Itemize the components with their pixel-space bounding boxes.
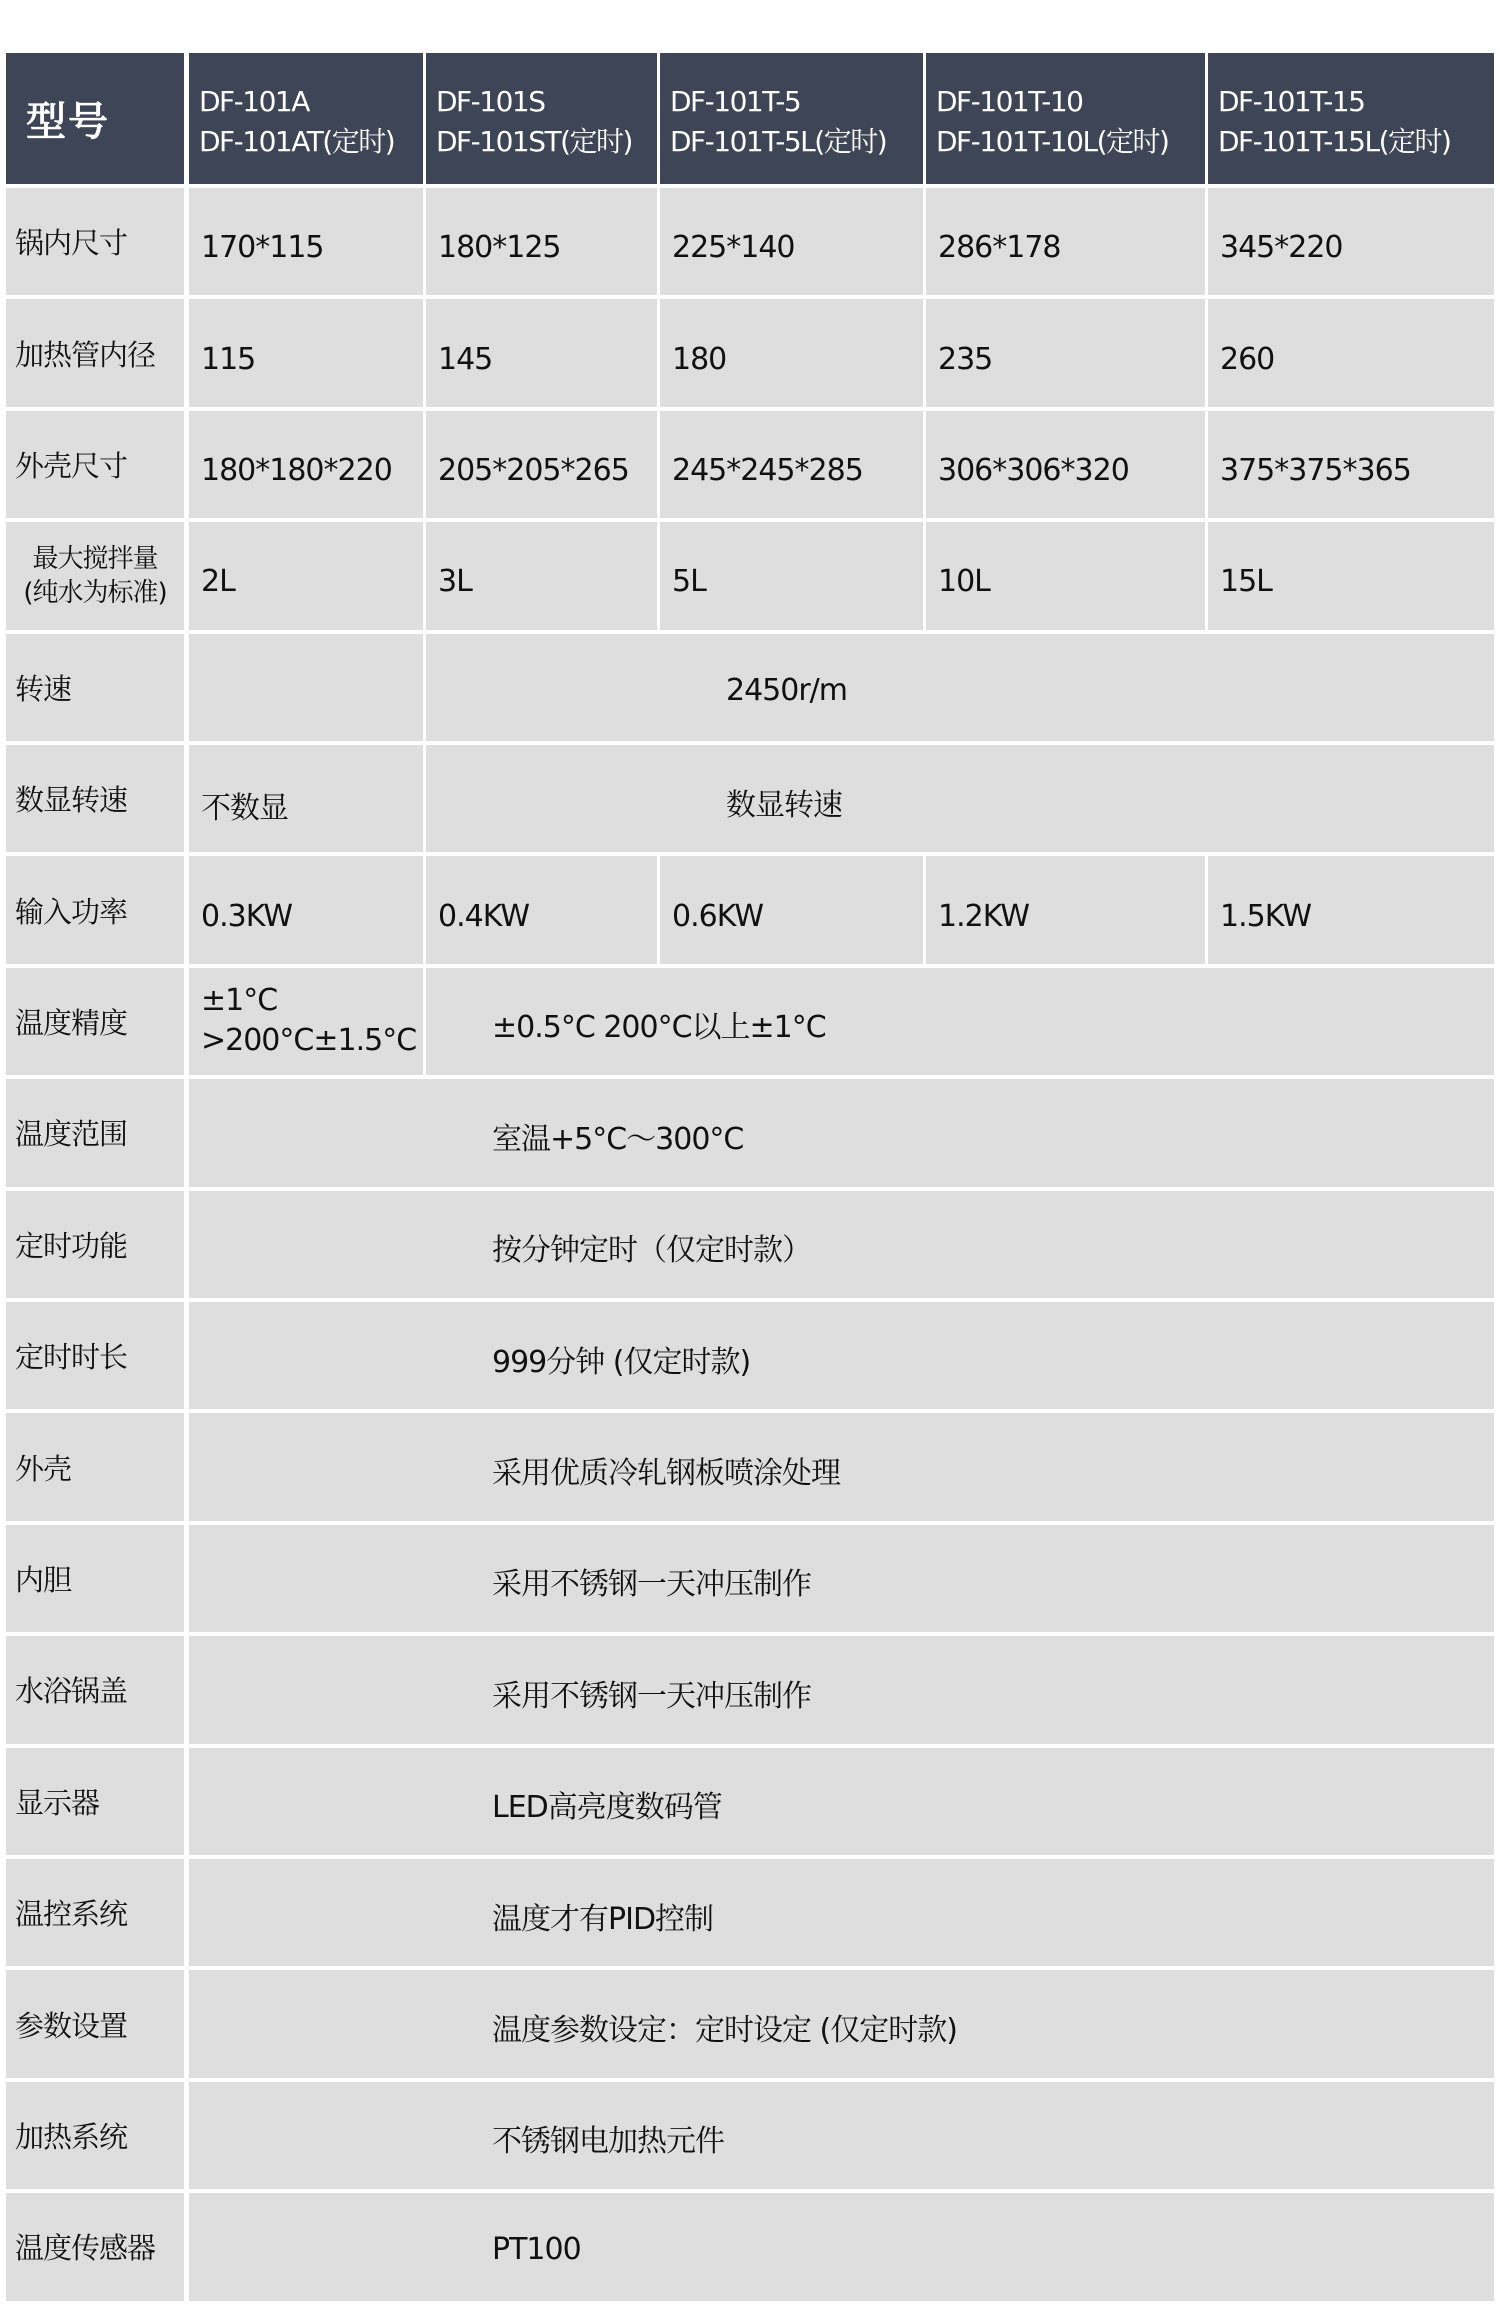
cell-value: 10L [938, 564, 990, 599]
merged-value: 不锈钢电加热元件 [492, 2116, 724, 2160]
model-name-timer: DF-101T-15L(定时) [1218, 122, 1450, 162]
cell-value: 115 [201, 342, 255, 377]
value-cell: 145 [426, 299, 657, 406]
model-name: DF-101A [199, 82, 394, 122]
merged-value: 按分钟定时（仅定时款） [492, 1225, 811, 1269]
merged-value-cell: 采用优质冷轧钢板喷涂处理 [189, 1413, 1494, 1520]
value-cell: 15L [1208, 522, 1494, 629]
row-label: 外壳尺寸 [15, 444, 127, 485]
merged-value-cell: 2450r/m [426, 634, 1494, 741]
cell-value: 0.4KW [438, 899, 529, 934]
row-label-cell: 转速 [6, 634, 184, 741]
row-label: 最大搅拌量(纯水为标准) [23, 542, 166, 610]
row-label-cell: 定时功能 [6, 1191, 184, 1298]
row-label-line1: 最大搅拌量 [23, 542, 166, 576]
cell-value: 345*220 [1220, 230, 1343, 265]
merged-value: 采用不锈钢一天冲压制作 [492, 1559, 811, 1603]
merged-value-cell: 999分钟 (仅定时款) [189, 1302, 1494, 1409]
value-cell: 306*306*320 [926, 411, 1205, 518]
value-cell: 3L [426, 522, 657, 629]
row-label: 温控系统 [15, 1892, 127, 1933]
cell-value: 180*125 [438, 230, 561, 265]
merged-value-cell: 按分钟定时（仅定时款） [189, 1191, 1494, 1298]
value-cell: 180*180*220 [189, 411, 423, 518]
value-cell: 2L [189, 522, 423, 629]
value-cell: 345*220 [1208, 188, 1494, 295]
row-label-cell: 温度范围 [6, 1079, 184, 1186]
merged-value-cell: 采用不锈钢一天冲压制作 [189, 1636, 1494, 1743]
merged-value: PT100 [492, 2232, 581, 2267]
header-title: 型号 [6, 90, 110, 147]
model-names: DF-101SDF-101ST(定时) [426, 76, 632, 162]
cell-value: 205*205*265 [438, 453, 629, 488]
merged-value-cell: ±0.5°C 200°C以上±1°C [426, 968, 1494, 1075]
value-cell: 0.4KW [426, 856, 657, 963]
model-name-timer: DF-101T-5L(定时) [670, 122, 886, 162]
row-label-line2: (纯水为标准) [23, 576, 166, 610]
value-cell: 260 [1208, 299, 1494, 406]
row-label: 参数设置 [15, 2004, 127, 2045]
model-name: DF-101S [436, 82, 632, 122]
value-cell: 170*115 [189, 188, 423, 295]
row-label-cell: 参数设置 [6, 1970, 184, 2077]
value-cell: 0.6KW [660, 856, 923, 963]
row-label: 温度传感器 [15, 2226, 155, 2267]
cell-value: 245*245*285 [672, 453, 863, 488]
model-name-timer: DF-101AT(定时) [199, 122, 394, 162]
row-label: 水浴锅盖 [15, 1669, 127, 1710]
merged-value-cell: 温度参数设定：定时设定 (仅定时款) [189, 1970, 1494, 2077]
cell-value: 5L [672, 564, 706, 599]
row-label-cell: 温控系统 [6, 1859, 184, 1966]
cell-value: 0.3KW [201, 899, 292, 934]
value-cell: 5L [660, 522, 923, 629]
value-cell: 1.5KW [1208, 856, 1494, 963]
merged-value-cell: PT100 [189, 2193, 1494, 2300]
value-cell: 235 [926, 299, 1205, 406]
header-model-cell: DF-101ADF-101AT(定时) [189, 53, 423, 184]
row-label: 显示器 [15, 1781, 99, 1822]
row-label: 温度精度 [15, 1001, 127, 1042]
model-names: DF-101T-15DF-101T-15L(定时) [1208, 76, 1450, 162]
model-names: DF-101T-10DF-101T-10L(定时) [926, 76, 1168, 162]
row-label: 定时时长 [15, 1335, 127, 1376]
row-label: 温度范围 [15, 1112, 127, 1153]
model-name: DF-101T-10 [936, 82, 1168, 122]
row-label: 外壳 [15, 1447, 71, 1488]
cell-value: 170*115 [201, 230, 324, 265]
model-names: DF-101T-5DF-101T-5L(定时) [660, 76, 886, 162]
row-label: 转速 [15, 667, 71, 708]
row-label: 加热管内径 [15, 333, 155, 374]
merged-value: 采用优质冷轧钢板喷涂处理 [492, 1448, 840, 1492]
row-label-cell: 数显转速 [6, 745, 184, 852]
value-cell: ±1°C>200°C±1.5°C [189, 968, 423, 1075]
cell-value: 15L [1220, 564, 1272, 599]
value-cell: 0.3KW [189, 856, 423, 963]
cell-value: 2L [201, 564, 235, 599]
cell-value: 286*178 [938, 230, 1061, 265]
row-label: 锅内尺寸 [15, 221, 127, 262]
merged-value-cell: 不锈钢电加热元件 [189, 2082, 1494, 2189]
row-label-cell: 外壳 [6, 1413, 184, 1520]
value-cell: 1.2KW [926, 856, 1205, 963]
row-label-cell: 内胆 [6, 1525, 184, 1632]
cell-value: 375*375*365 [1220, 453, 1411, 488]
row-label-cell: 外壳尺寸 [6, 411, 184, 518]
row-label: 定时功能 [15, 1224, 127, 1265]
row-label-cell: 显示器 [6, 1748, 184, 1855]
cell-value: 180*180*220 [201, 453, 392, 488]
value-cell: 225*140 [660, 188, 923, 295]
header-model-cell: DF-101SDF-101ST(定时) [426, 53, 657, 184]
value-cell: 286*178 [926, 188, 1205, 295]
value-cell: 180*125 [426, 188, 657, 295]
value-cell: 245*245*285 [660, 411, 923, 518]
header-model-cell: DF-101T-5DF-101T-5L(定时) [660, 53, 923, 184]
cell-value: 260 [1220, 342, 1274, 377]
merged-value-cell: LED高亮度数码管 [189, 1748, 1494, 1855]
row-label-cell: 锅内尺寸 [6, 188, 184, 295]
merged-value: 室温+5°C～300°C [492, 1114, 743, 1158]
row-label: 内胆 [15, 1558, 71, 1599]
row-label: 加热系统 [15, 2115, 127, 2156]
header-model-cell: DF-101T-15DF-101T-15L(定时) [1208, 53, 1494, 184]
header-model-cell: DF-101T-10DF-101T-10L(定时) [926, 53, 1205, 184]
merged-value: 温度参数设定：定时设定 (仅定时款) [492, 2005, 957, 2049]
cell-value: 1.2KW [938, 899, 1029, 934]
merged-value-cell: 采用不锈钢一天冲压制作 [189, 1525, 1494, 1632]
model-name-timer: DF-101T-10L(定时) [936, 122, 1168, 162]
cell-value: 145 [438, 342, 492, 377]
cell-value: 0.6KW [672, 899, 763, 934]
merged-value-cell: 温度才有PID控制 [189, 1859, 1494, 1966]
cell-value: 235 [938, 342, 992, 377]
cell-value: 3L [438, 564, 472, 599]
row-label-cell: 温度传感器 [6, 2193, 184, 2300]
row-label-cell: 温度精度 [6, 968, 184, 1075]
row-label-cell: 定时时长 [6, 1302, 184, 1409]
cell-value: 306*306*320 [938, 453, 1129, 488]
row-label-cell: 加热管内径 [6, 299, 184, 406]
merged-value: 数显转速 [726, 780, 842, 824]
value-cell: 不数显 [189, 745, 423, 852]
value-cell: 115 [189, 299, 423, 406]
cell-value-line1: ±1°C [201, 981, 416, 1021]
row-label-cell: 水浴锅盖 [6, 1636, 184, 1743]
merged-value: 999分钟 (仅定时款) [492, 1337, 750, 1381]
merged-value-cell: 数显转速 [426, 745, 1494, 852]
cell-value: 1.5KW [1220, 899, 1311, 934]
cell-value: ±1°C>200°C±1.5°C [201, 981, 416, 1061]
row-label-cell: 输入功率 [6, 856, 184, 963]
model-name: DF-101T-5 [670, 82, 886, 122]
value-cell: 205*205*265 [426, 411, 657, 518]
cell-value-line2: >200°C±1.5°C [201, 1021, 416, 1061]
header-label-cell: 型号 [6, 53, 184, 184]
cell-value: 180 [672, 342, 726, 377]
merged-value: 采用不锈钢一天冲压制作 [492, 1671, 811, 1715]
merged-value: 温度才有PID控制 [492, 1894, 713, 1938]
merged-value: 2450r/m [726, 673, 847, 708]
value-cell: 180 [660, 299, 923, 406]
value-cell: 375*375*365 [1208, 411, 1494, 518]
model-names: DF-101ADF-101AT(定时) [189, 76, 394, 162]
merged-value: ±0.5°C 200°C以上±1°C [492, 1002, 826, 1046]
merged-value: LED高亮度数码管 [492, 1782, 722, 1826]
value-cell: 10L [926, 522, 1205, 629]
row-label: 数显转速 [15, 778, 127, 819]
row-label-cell: 加热系统 [6, 2082, 184, 2189]
value-cell [189, 634, 423, 741]
cell-value: 不数显 [201, 783, 288, 827]
merged-value-cell: 室温+5°C～300°C [189, 1079, 1494, 1186]
row-label: 输入功率 [15, 890, 127, 931]
cell-value: 225*140 [672, 230, 795, 265]
model-name-timer: DF-101ST(定时) [436, 122, 632, 162]
model-name: DF-101T-15 [1218, 82, 1450, 122]
row-label-cell: 最大搅拌量(纯水为标准) [6, 522, 184, 629]
